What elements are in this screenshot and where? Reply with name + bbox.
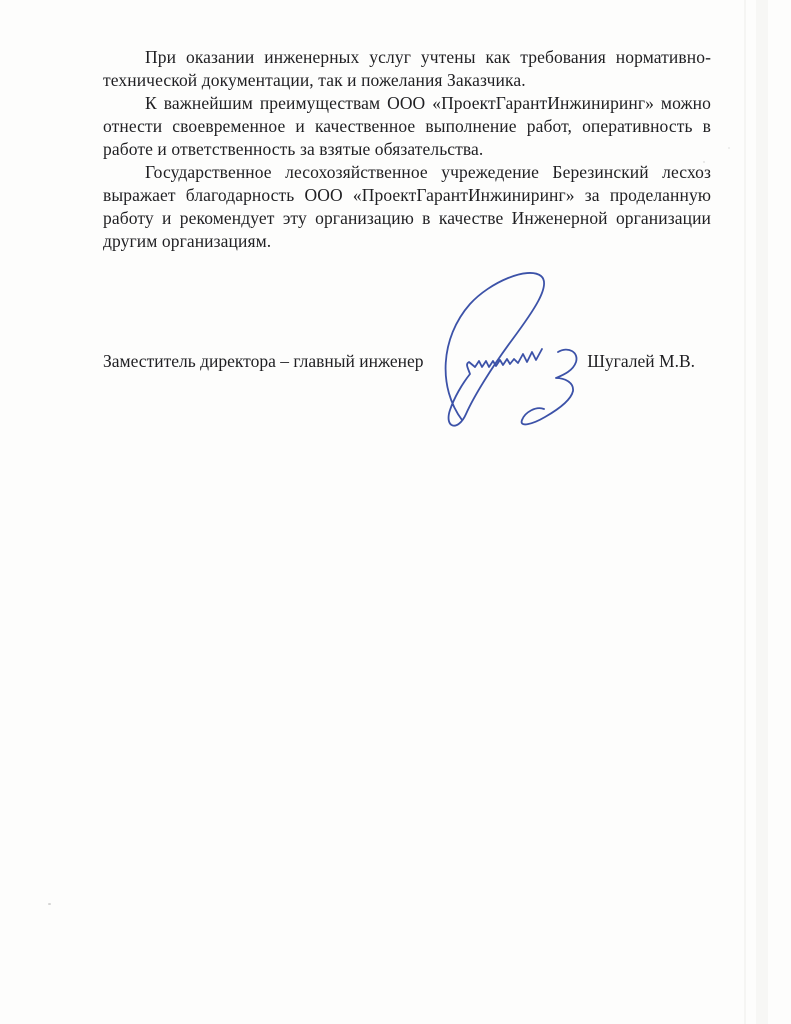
handwritten-signature-icon bbox=[440, 268, 610, 446]
scan-speckle bbox=[703, 161, 705, 163]
paragraph-services-note: При оказании инженерных услуг учтены как… bbox=[103, 46, 711, 92]
letter-body: При оказании инженерных услуг учтены как… bbox=[103, 46, 711, 253]
signature-strokes bbox=[446, 273, 577, 426]
signatory-position-title: Заместитель директора – главный инженер bbox=[103, 350, 424, 373]
scan-edge-artifact bbox=[744, 0, 746, 1024]
paragraph-advantages: К важнейшим преимуществам ООО «ПроектГар… bbox=[103, 92, 711, 161]
scan-edge-artifact bbox=[756, 0, 768, 1024]
paragraph-recommendation: Государственное лесохозяйственное учреже… bbox=[103, 161, 711, 253]
scan-speckle bbox=[48, 903, 51, 905]
scanned-letter-page: При оказании инженерных услуг учтены как… bbox=[0, 0, 791, 1024]
scan-speckle bbox=[728, 147, 730, 149]
